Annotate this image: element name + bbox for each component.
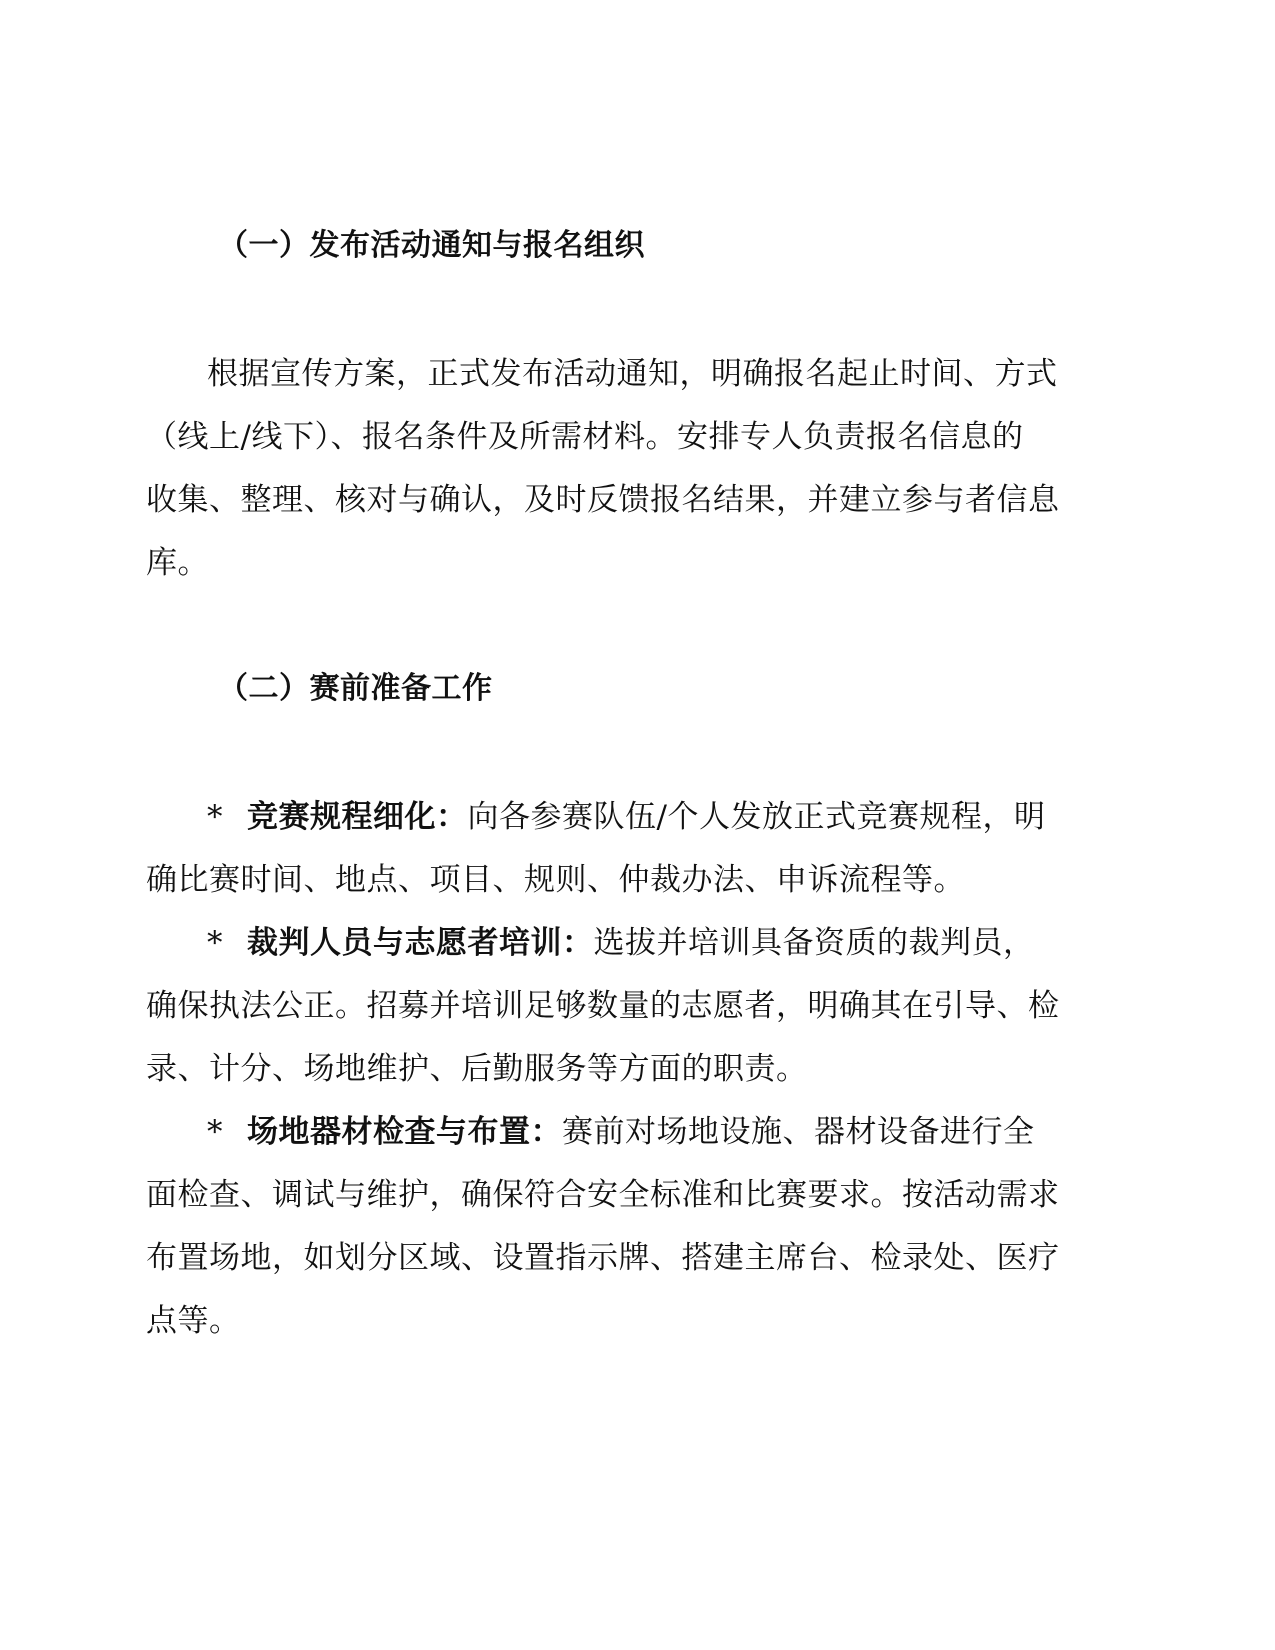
bullet-line: 布置场地，如划分区域、设置指示牌、搭建主席台、检录处、医疗	[146, 1238, 1060, 1278]
bullet-title: 竞赛规程细化：	[247, 799, 468, 835]
section-2-heading: （二）赛前准备工作	[218, 669, 493, 709]
paragraph-line: 根据宣传方案，正式发布活动通知，明确报名起止时间、方式	[207, 354, 1058, 394]
bullet-title: 场地器材检查与布置：	[247, 1114, 562, 1150]
bullet-line: 确保执法公正。招募并培训足够数量的志愿者，明确其在引导、检	[146, 986, 1060, 1026]
paragraph-line: （线上/线下）、报名条件及所需材料。安排专人负责报名信息的	[146, 417, 1023, 457]
section-1-heading: （一）发布活动通知与报名组织	[218, 226, 645, 266]
bullet-marker-icon: *	[207, 923, 247, 963]
bullet-first-line: *场地器材检查与布置：赛前对场地设施、器材设备进行全	[207, 1112, 1035, 1152]
bullet-line: 录、计分、场地维护、后勤服务等方面的职责。	[146, 1049, 808, 1089]
bullet-first-line: *裁判人员与志愿者培训：选拔并培训具备资质的裁判员，	[207, 923, 1035, 963]
paragraph-line: 收集、整理、核对与确认，及时反馈报名结果，并建立参与者信息	[146, 480, 1060, 520]
bullet-marker-icon: *	[207, 797, 247, 837]
bullet-first-line: *竞赛规程细化：向各参赛队伍/个人发放正式竞赛规程，明	[207, 797, 1045, 837]
paragraph-line: 库。	[146, 543, 209, 583]
bullet-marker-icon: *	[207, 1112, 247, 1152]
bullet-text: 赛前对场地设施、器材设备进行全	[562, 1114, 1035, 1150]
bullet-line: 点等。	[146, 1301, 241, 1341]
bullet-title: 裁判人员与志愿者培训：	[247, 925, 594, 961]
bullet-text: 向各参赛队伍/个人发放正式竞赛规程，明	[468, 799, 1046, 835]
bullet-text: 选拔并培训具备资质的裁判员，	[594, 925, 1035, 961]
bullet-line: 面检查、调试与维护，确保符合安全标准和比赛要求。按活动需求	[146, 1175, 1060, 1215]
bullet-line: 确比赛时间、地点、项目、规则、仲裁办法、申诉流程等。	[146, 860, 965, 900]
